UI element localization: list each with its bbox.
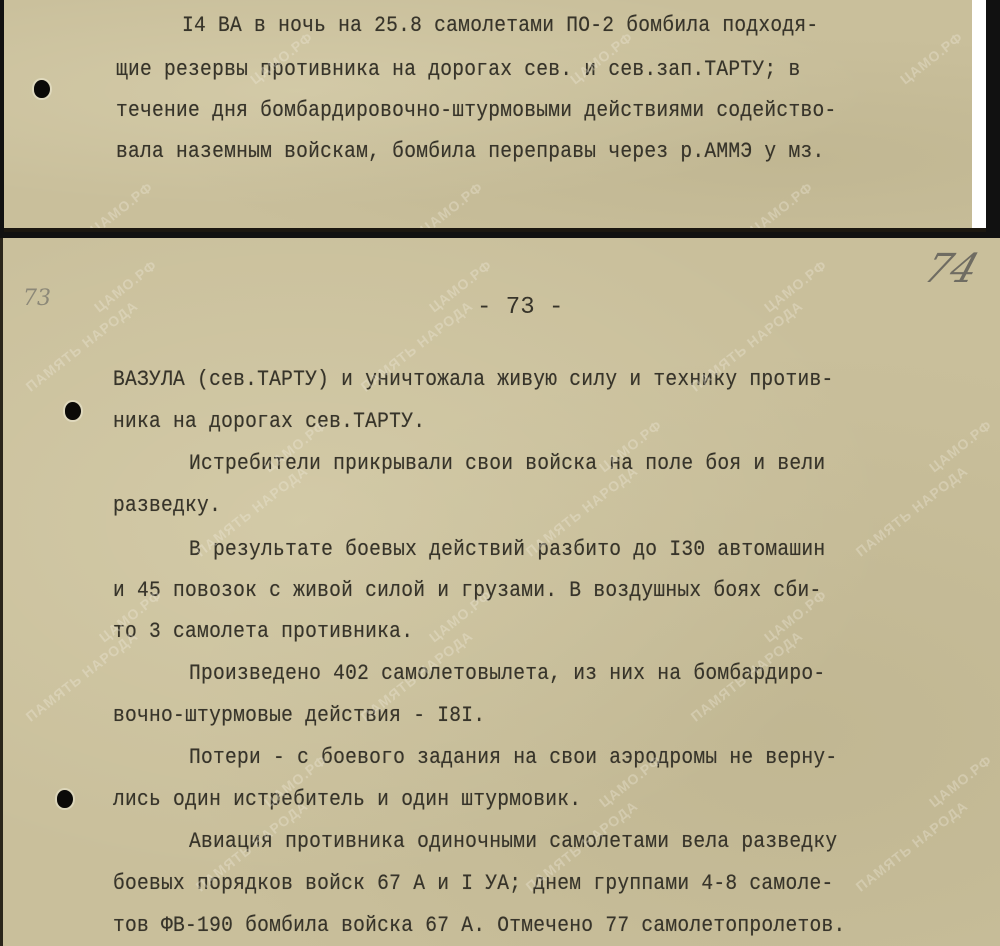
document-page-lower: 74 73 - 73 - ВАЗУЛА (сев.ТАРТУ) и уничто… bbox=[0, 238, 1000, 946]
punch-hole bbox=[34, 80, 50, 98]
text-line: Потери - с боевого задания на свои аэрод… bbox=[189, 744, 837, 770]
text-line: Авиация противника одиночными самолетами… bbox=[189, 828, 837, 854]
handwritten-page-number: 74 bbox=[919, 246, 985, 292]
text-line: то 3 самолета противника. bbox=[113, 618, 413, 644]
watermark: ПАМЯТЬ НАРОДА bbox=[853, 797, 971, 894]
punch-hole bbox=[65, 402, 81, 420]
text-line: вочно-штурмовые действия - I8I. bbox=[113, 702, 485, 728]
document-page-upper: I4 ВА в ночь на 25.8 самолетами ПО-2 бом… bbox=[4, 0, 986, 232]
page-number: - 73 - bbox=[477, 294, 563, 321]
scan-background bbox=[972, 0, 986, 228]
text-line: тов ФВ-190 бомбила войска 67 А. Отмечено… bbox=[113, 912, 845, 938]
text-line: I4 ВА в ночь на 25.8 самолетами ПО-2 бом… bbox=[182, 12, 818, 38]
watermark: ПАМЯТЬ НАРОДА bbox=[853, 462, 971, 559]
text-line: ника на дорогах сев.ТАРТУ. bbox=[113, 408, 425, 434]
text-line: вала наземным войскам, бомбила переправы… bbox=[116, 138, 824, 164]
watermark: ЦАМО.РФ bbox=[87, 179, 156, 232]
watermark: ЦАМО.РФ bbox=[417, 179, 486, 232]
text-line: щие резервы противника на дорогах сев. и… bbox=[116, 56, 800, 82]
handwritten-margin-number: 73 bbox=[23, 286, 51, 311]
text-line: В результате боевых действий разбито до … bbox=[189, 536, 825, 562]
text-line: разведку. bbox=[113, 492, 221, 518]
watermark: ЦАМО.РФ bbox=[747, 179, 816, 232]
text-line: течение дня бомбардировочно-штурмовыми д… bbox=[116, 97, 836, 123]
text-line: лись один истребитель и один штурмовик. bbox=[113, 786, 581, 812]
punch-hole bbox=[57, 790, 73, 808]
watermark: ЦАМО.РФ bbox=[897, 29, 966, 88]
